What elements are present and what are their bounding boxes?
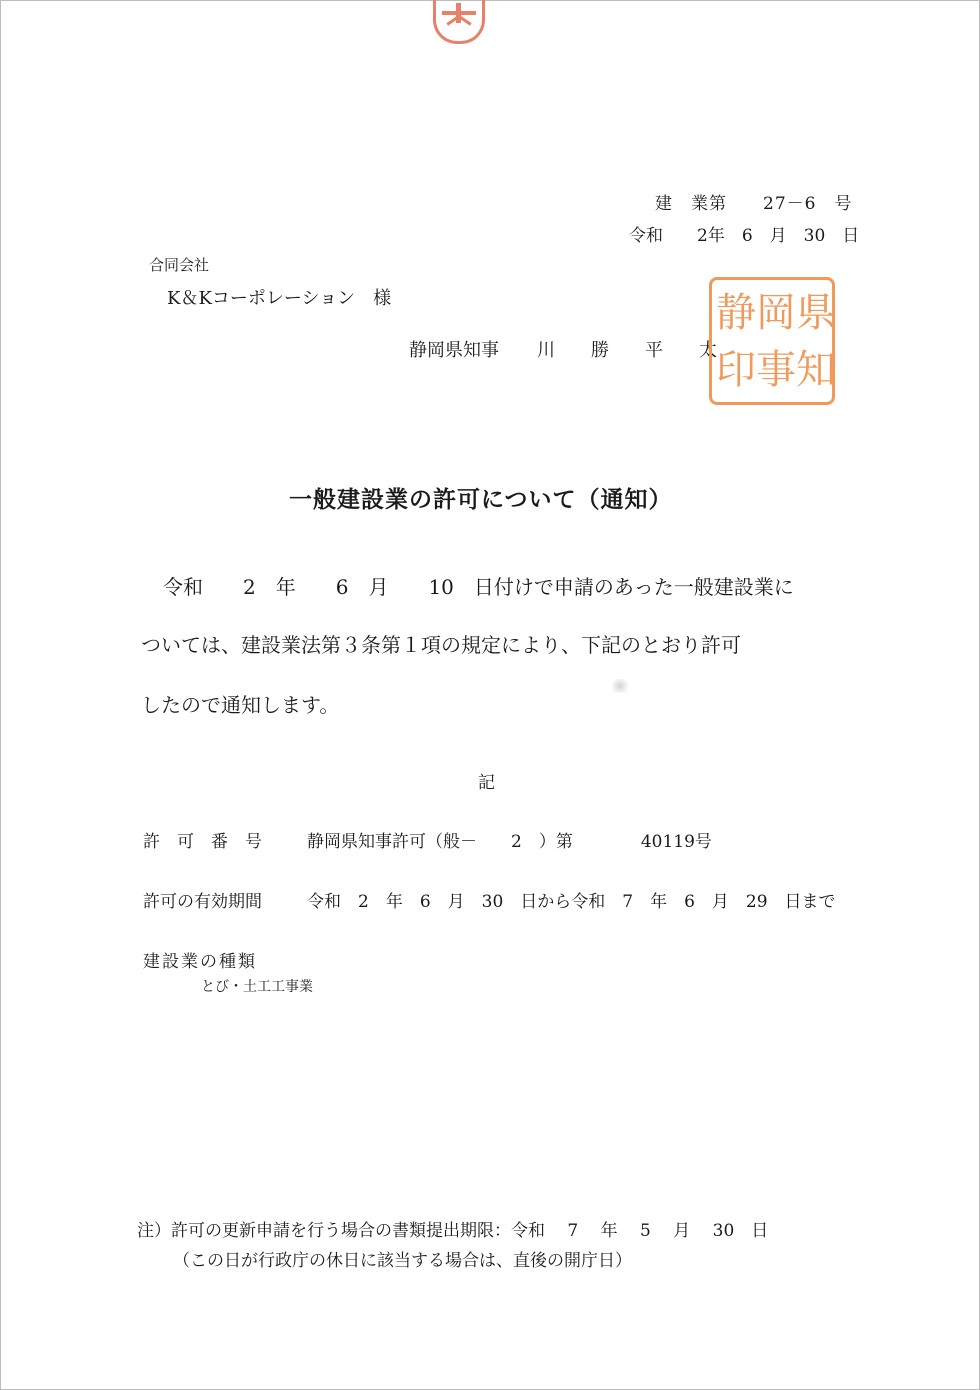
- validity-period-value: 令和 2 年 6 月 30 日から令和 7 年 6 月 29 日まで: [307, 887, 836, 912]
- governor-seal-stamp-icon: 静 岡 県 印 事 知: [709, 277, 835, 405]
- permit-number-value: 静岡県知事許可（般－ 2 ）第 40119号: [307, 827, 712, 852]
- document-page: 建 業第 27－6 号 令和 2年 6 月 30 日 合同会社 K＆Kコーポレー…: [0, 0, 980, 1390]
- top-seal-stamp-icon: [433, 0, 485, 44]
- reference-number: 建 業第 27－6 号: [655, 189, 852, 214]
- scan-smudge: [609, 679, 631, 693]
- permit-number-label: 許 可 番 号: [143, 827, 262, 852]
- sender-name: 川 勝 平 太: [537, 336, 717, 362]
- validity-period-label: 許可の有効期間: [143, 887, 262, 912]
- recipient-company-type: 合同会社: [149, 254, 209, 275]
- document-title: 一般建設業の許可について（通知）: [289, 481, 673, 514]
- ki-heading: 記: [478, 768, 495, 793]
- sender-title: 静岡県知事: [409, 336, 499, 362]
- business-type-value: とび・土工工事業: [201, 976, 313, 996]
- note-line-1: 注）許可の更新申請を行う場合の書類提出期限：令和 7 年 5 月 30 日: [137, 1216, 768, 1241]
- issue-date: 令和 2年 6 月 30 日: [629, 221, 859, 246]
- note-line-2: （この日が行政庁の休日に該当する場合は、直後の開庁日）: [173, 1246, 632, 1271]
- business-type-label: 建設業の種類: [143, 947, 257, 972]
- body-line-3: したので通知します。: [141, 689, 339, 718]
- body-line-2: ついては、建設業法第３条第１項の規定により、下記のとおり許可: [141, 629, 741, 658]
- body-line-1: 令和 2 年 6 月 10 日付けで申請のあった一般建設業に: [163, 571, 794, 600]
- recipient-company-name: K＆Kコーポレーション 様: [167, 284, 391, 310]
